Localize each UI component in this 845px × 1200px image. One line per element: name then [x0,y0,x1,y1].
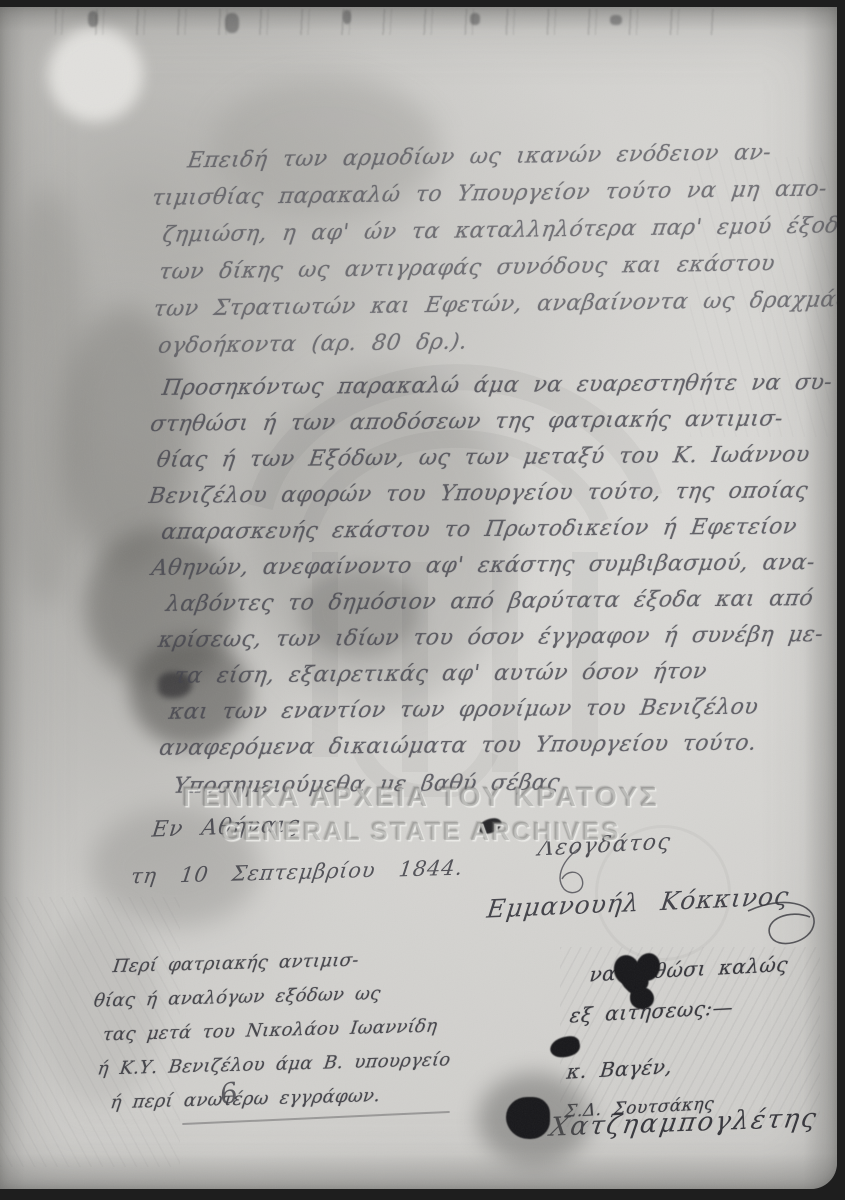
handwriting-body-paragraph-2: Προσηκόντως παρακαλώ άμα να ευαρεστηθήτε… [145,365,833,805]
side-annotations: να δοθώσι καλώςεξ αιτήσεως:—κ. Βαγέν,Σ.Δ… [558,944,794,1132]
ink-blot [476,815,503,836]
handwriting-line: αναφερόμενα δικαιώματα του Υπουργείου το… [157,725,837,767]
signature-flourish [548,845,598,901]
handwriting-body-paragraph-1: Επειδή των αρμοδίων ως ικανών ενόδειον α… [148,133,837,365]
handwriting-line: Αθηνών, ανεφαίνοντο αφ' εκάστης συμβιβασ… [149,545,836,587]
bleedthrough-mark [343,10,351,24]
place-line: Εν Αθήναις [151,812,302,842]
handwriting-line: απαρασκευής εκάστου το Πρωτοδικείον ή Εφ… [159,509,836,551]
handwriting-line: λαβόντες το δημόσιον από βαρύτατα έξοδα … [163,581,836,623]
scan-background: Επειδή των αρμοδίων ως ικανών ενόδειον α… [0,0,845,1200]
margin-note: Περί φατριακής αντιμισ-θίας ή αναλόγων ε… [90,941,449,1120]
bleedthrough-mark [470,13,480,25]
handwriting-line: Υποσημειούμεθα με βαθύ σέβας [171,763,837,805]
signature-flourish [742,893,826,957]
bleedthrough-mark [88,11,98,27]
handwriting-line: στηθώσι ή των αποδόσεων της φατριακής αν… [148,401,835,443]
ink-blot [506,1097,550,1139]
manuscript-paper: Επειδή των αρμοδίων ως ικανών ενόδειον α… [0,7,837,1189]
handwriting-line: και των εναντίον των φρονίμων του Βενιζέ… [166,689,837,731]
handwriting-line: τα είση, εξαιρετικάς αφ' αυτών όσον ήτον [172,653,837,695]
handwriting-line: Προσηκόντως παρακαλώ άμα να ευαρεστηθήτε… [159,365,834,407]
bleedthrough-mark [225,13,239,33]
date-line: τη 10 Σεπτεμβρίου 1844. [129,856,464,889]
bleedthrough-mark [610,15,622,25]
handwriting-line: θίας ή των Εξόδων, ως των μεταξύ του Κ. … [154,437,835,479]
stain [48,27,143,122]
ink-blot [630,987,654,1009]
handwriting-line: Βενιζέλου αφορών του Υπουργείου τούτο, τ… [146,473,835,515]
handwriting-line: κρίσεως, των ιδίων του όσον έγγραφον ή σ… [156,617,837,659]
stain [0,187,90,607]
